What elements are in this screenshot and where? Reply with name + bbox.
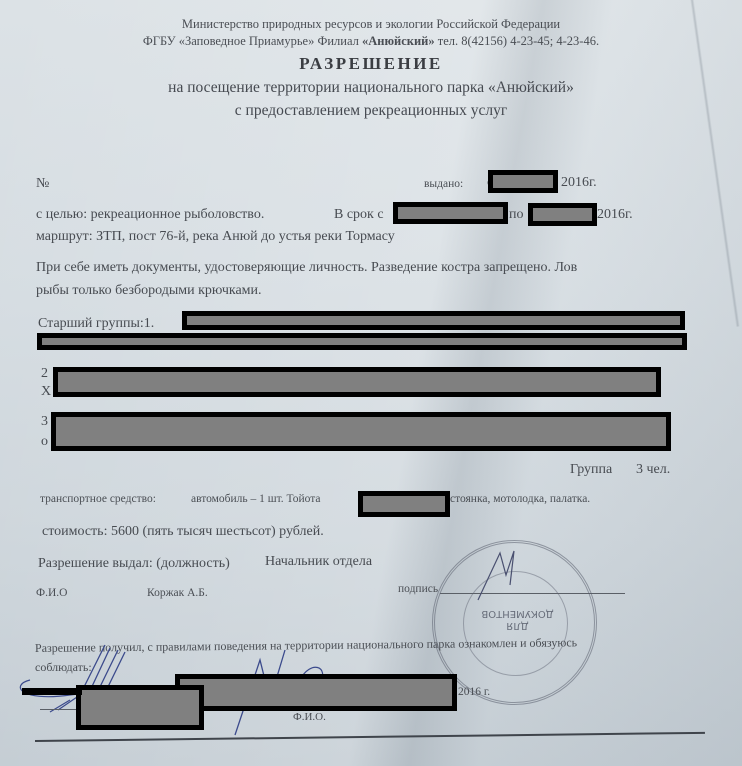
cost-text: стоимость: 5600 (пять тысяч шестьсот) ру… [42,524,324,540]
document-subtitle-1: на посещение территории национального па… [0,79,742,97]
group-leader-label: Старший группы:1. [38,316,154,332]
redacted-recipient-date [76,685,204,730]
redacted-period-end [528,203,597,226]
issuer-label: Разрешение выдал: (должность) [38,556,230,572]
received-line-2: соблюдать: [35,660,92,675]
signature-label: подпись [398,583,438,595]
stamp-text: ДЛЯ ДОКУМЕНТОВ [435,607,600,631]
issuer-position: Начальник отдела [265,554,372,570]
permit-number-label: № [36,176,49,192]
document-subtitle-2: с предоставлением рекреационных услуг [0,102,742,120]
redacted-member-2 [53,367,661,397]
redaction-bar [22,688,82,695]
rules-line-1: При себе иметь документы, удостоверяющие… [36,260,577,276]
member-2-number: 2 [41,366,48,382]
fio-label: Ф.И.О [36,587,67,599]
period-year: 2016г. [597,207,633,223]
document-title: РАЗРЕШЕНИЕ [0,54,742,74]
org-branch: «Анюйский» [362,34,435,48]
redacted-period-start [393,202,508,224]
redacted-member-3 [51,412,671,451]
organization-line: ФГБУ «Заповедное Приамурье» Филиал «Анюй… [0,34,742,49]
redacted-leader-name [182,311,685,330]
member-3-number: 3 [41,414,48,430]
issuer-name: Коржак А.Б. [147,587,208,599]
org-prefix: ФГБУ «Заповедное Приамурье» Филиал [143,34,362,48]
org-phone: тел. 8(42156) 4-23-45; 4-23-46. [435,34,599,48]
issued-label: выдано: [424,178,463,190]
received-year: 2016 г. [458,686,490,698]
purpose-text: с целью: рекреационное рыболовство. [36,207,264,223]
transport-label: транспортное средство: [40,493,156,505]
redacted-issue-date [488,170,558,193]
period-to-label: по [509,207,524,223]
member-3-fragment: о [41,434,48,450]
redacted-leader-details [37,333,687,350]
rules-line-2: рыбы только безбородыми крючками. [36,283,262,299]
ministry-line: Министерство природных ресурсов и эколог… [0,17,742,32]
redacted-recipient-name [175,674,457,711]
received-fio-label: Ф.И.О. [293,711,326,723]
group-count: 3 чел. [636,462,670,478]
route-text: маршрут: ЗТП, пост 76-й, река Анюй до ус… [36,229,395,245]
transport-rest: стоянка, мотолодка, палатка. [450,493,590,505]
member-2-fragment: Х [41,384,51,400]
group-label: Группа [570,462,612,478]
period-label: В срок с [334,207,384,223]
transport-value: автомобиль – 1 шт. Тойота [191,493,321,505]
issued-year: 2016г. [561,175,597,191]
redacted-vehicle-model [358,491,450,517]
